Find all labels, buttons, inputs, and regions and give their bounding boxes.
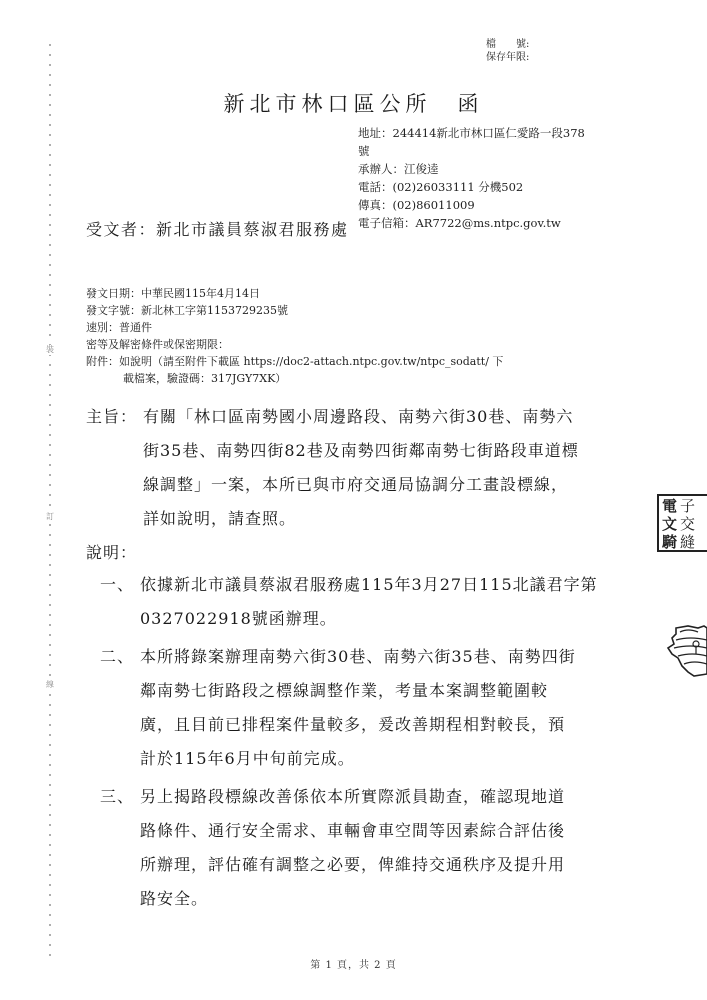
item-line: 路條件、通行安全需求、車輛會車空間等因素綜合評估後 [100, 814, 660, 848]
attachment-continued: 載檔案，驗證碼：317JGY7XK） [86, 370, 646, 387]
page-number: 第 1 頁，共 2 頁 [0, 956, 707, 971]
item-line: 0327022918號函辦理。 [100, 602, 660, 636]
subject-line: 有關「林口區南勢國小周邊路段、南勢六街30巷、南勢六 [143, 407, 573, 426]
explanation-item-1: 一、依據新北市議員蔡淑君服務處115年3月27日115北議君字第 0327022… [100, 568, 660, 636]
explanation-item-2: 二、本所將錄案辦理南勢六街30巷、南勢六街35巷、南勢四街 鄰南勢七街路段之標線… [100, 640, 660, 776]
explanation-item-3: 三、另上揭路段標線改善係依本所實際派員勘查，確認現地道 路條件、通行安全需求、車… [100, 780, 660, 916]
binding-label-ding: 訂 [44, 512, 56, 522]
item-number: 二、 [100, 640, 140, 674]
recipient: 受文者：新北市議員蔡淑君服務處 [86, 217, 349, 240]
document-number: 發文字號：新北林工字第1153729235號 [86, 302, 646, 319]
item-line: 廣，且目前已排程案件量較多，爰改善期程相對較長，預 [100, 708, 660, 742]
item-line: 路安全。 [100, 882, 660, 916]
address-continued: 號 [358, 142, 628, 160]
item-line: 本所將錄案辦理南勢六街30巷、南勢六街35巷、南勢四街 [140, 647, 576, 666]
issue-date: 發文日期：中華民國115年4月14日 [86, 285, 646, 302]
address: 地址：244414新北市林口區仁愛路一段378 [358, 124, 628, 142]
subject-line: 街35巷、南勢四街82巷及南勢四街鄰南勢七街路段車道標 [86, 434, 646, 468]
document-title: 新北市林口區公所 函 [0, 88, 707, 118]
document-meta: 發文日期：中華民國115年4月14日 發文字號：新北林工字第1153729235… [86, 285, 646, 387]
item-number: 一、 [100, 568, 140, 602]
stamp-char: 騎 [662, 533, 680, 551]
stamp-char: 文 [662, 515, 680, 533]
subject-label: 主旨： [86, 400, 143, 434]
item-line: 另上揭路段標線改善係依本所實際派員勘查，確認現地道 [140, 787, 565, 806]
secrecy-level: 密等及解密條件或保密期限： [86, 336, 646, 353]
binding-line [49, 40, 51, 960]
electronic-seam-stamp: 電 文 騎 子 交 縫 [657, 494, 707, 552]
fax: 傳真：(02)86011009 [358, 196, 628, 214]
subject-line: 詳如說明，請查照。 [86, 502, 646, 536]
explanation-label: 說明： [86, 540, 137, 563]
delivery-speed: 速別：普通件 [86, 319, 646, 336]
subject-line: 線調整」一案，本所已與市府交通局協調分工畫設標線， [86, 468, 646, 502]
item-line: 鄰南勢七街路段之標線調整作業，考量本案調整範圍較 [100, 674, 660, 708]
file-no-label: 檔 號: [486, 38, 529, 51]
official-seal-icon [658, 622, 707, 678]
stamp-char: 交 [680, 515, 698, 533]
stamp-char: 子 [680, 497, 698, 515]
subject-section: 主旨：有關「林口區南勢國小周邊路段、南勢六街30巷、南勢六 街35巷、南勢四街8… [86, 400, 646, 536]
item-line: 所辦理，評估確有調整之必要，俾維持交通秩序及提升用 [100, 848, 660, 882]
item-line: 依據新北市議員蔡淑君服務處115年3月27日115北議君字第 [140, 575, 598, 594]
email: 電子信箱：AR7722@ms.ntpc.gov.tw [358, 214, 628, 232]
binding-label-xian: 線 [44, 680, 56, 690]
handler: 承辦人：江俊逵 [358, 160, 628, 178]
binding-label-zhuang: 裝 [44, 345, 56, 355]
attachment: 附件：如說明（請至附件下載區 https://doc2-attach.ntpc.… [86, 353, 646, 370]
file-info: 檔 號: 保存年限: [486, 38, 529, 64]
item-line: 計於115年6月中旬前完成。 [100, 742, 660, 776]
explanation-items: 一、依據新北市議員蔡淑君服務處115年3月27日115北議君字第 0327022… [100, 568, 660, 920]
stamp-char: 縫 [680, 533, 698, 551]
phone: 電話：(02)26033111 分機502 [358, 178, 628, 196]
stamp-char: 電 [662, 497, 680, 515]
item-number: 三、 [100, 780, 140, 814]
contact-block: 地址：244414新北市林口區仁愛路一段378 號 承辦人：江俊逵 電話：(02… [358, 124, 628, 232]
retention-label: 保存年限: [486, 51, 529, 64]
